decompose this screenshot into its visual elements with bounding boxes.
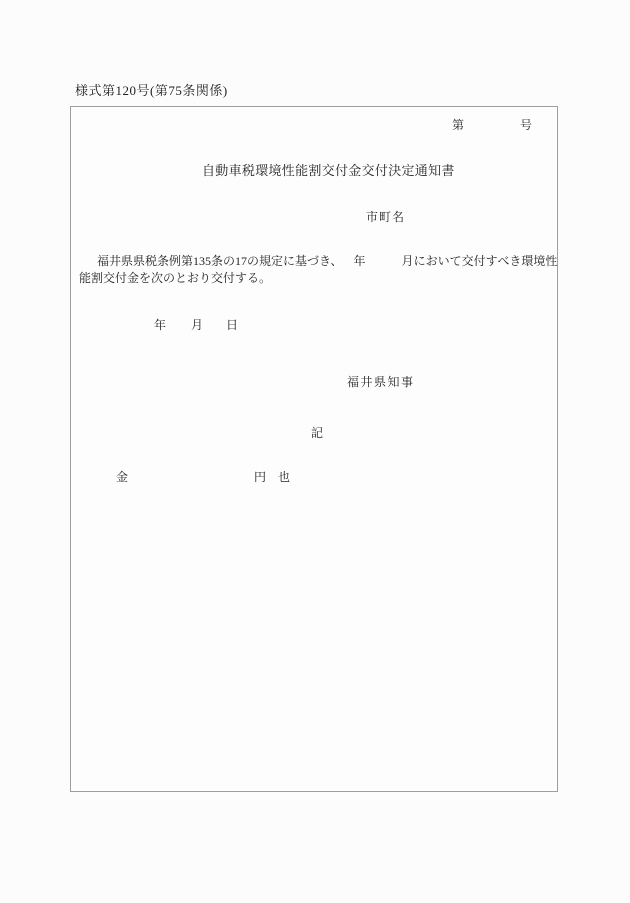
body-line1-rest: において交付すべき環境性 — [414, 254, 558, 268]
doc-number-suffix: 号 — [520, 118, 532, 132]
doc-title: 自動車税環境性能割交付金交付決定通知書 — [202, 162, 455, 179]
document-page: 様式第120号(第75条関係) 第号 自動車税環境性能割交付金交付決定通知書 市… — [0, 0, 630, 903]
amount-line: 金円也 — [116, 469, 290, 486]
amount-suffix: 也 — [278, 470, 290, 484]
doc-number-prefix: 第 — [452, 118, 464, 132]
body-month-label: 月 — [402, 254, 414, 268]
issuer-name: 福井県知事 — [347, 374, 415, 391]
date-year-label: 年 — [154, 318, 166, 332]
date-month-label: 月 — [191, 318, 203, 332]
body-year-label: 年 — [354, 254, 366, 268]
date-line: 年月日 — [154, 317, 238, 334]
addressee-label: 市町名 — [366, 209, 405, 226]
notice-border-box: 第号 自動車税環境性能割交付金交付決定通知書 市町名 福井県県税条例第135条の… — [70, 106, 558, 792]
body-clause: 福井県県税条例第135条の17の規定に基づき、 — [97, 254, 343, 268]
doc-number-line: 第号 — [452, 117, 532, 134]
date-day-label: 日 — [226, 318, 238, 332]
body-paragraph-line2: 能割交付金を次のとおり交付する。 — [79, 270, 271, 287]
body-paragraph-line1: 福井県県税条例第135条の17の規定に基づき、年月において交付すべき環境性 — [97, 253, 557, 270]
form-number-label: 様式第120号(第75条関係) — [75, 80, 228, 99]
amount-unit: 円 — [254, 470, 266, 484]
amount-prefix: 金 — [116, 470, 128, 484]
heading-ki: 記 — [311, 425, 323, 442]
